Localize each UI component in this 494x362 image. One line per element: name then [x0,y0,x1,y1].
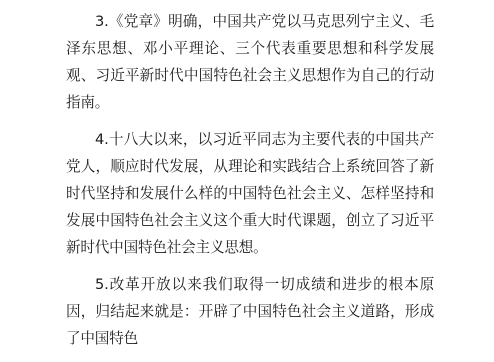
paragraph-3: 3.《党章》明确，中国共产党以马克思列宁主义、毛泽东思想、邓小平理论、三个代表重… [66,8,434,116]
paragraph-4: 4.十八大以来，以习近平同志为主要代表的中国共产党人，顺应时代发展，从理论和实践… [66,126,434,261]
paragraph-5: 5.改革开放以来我们取得一切成绩和进步的根本原因，归结起来就是：开辟了中国特色社… [66,271,434,278]
document-page: 3.《党章》明确，中国共产党以马克思列宁主义、毛泽东思想、邓小平理论、三个代表重… [66,8,434,278]
